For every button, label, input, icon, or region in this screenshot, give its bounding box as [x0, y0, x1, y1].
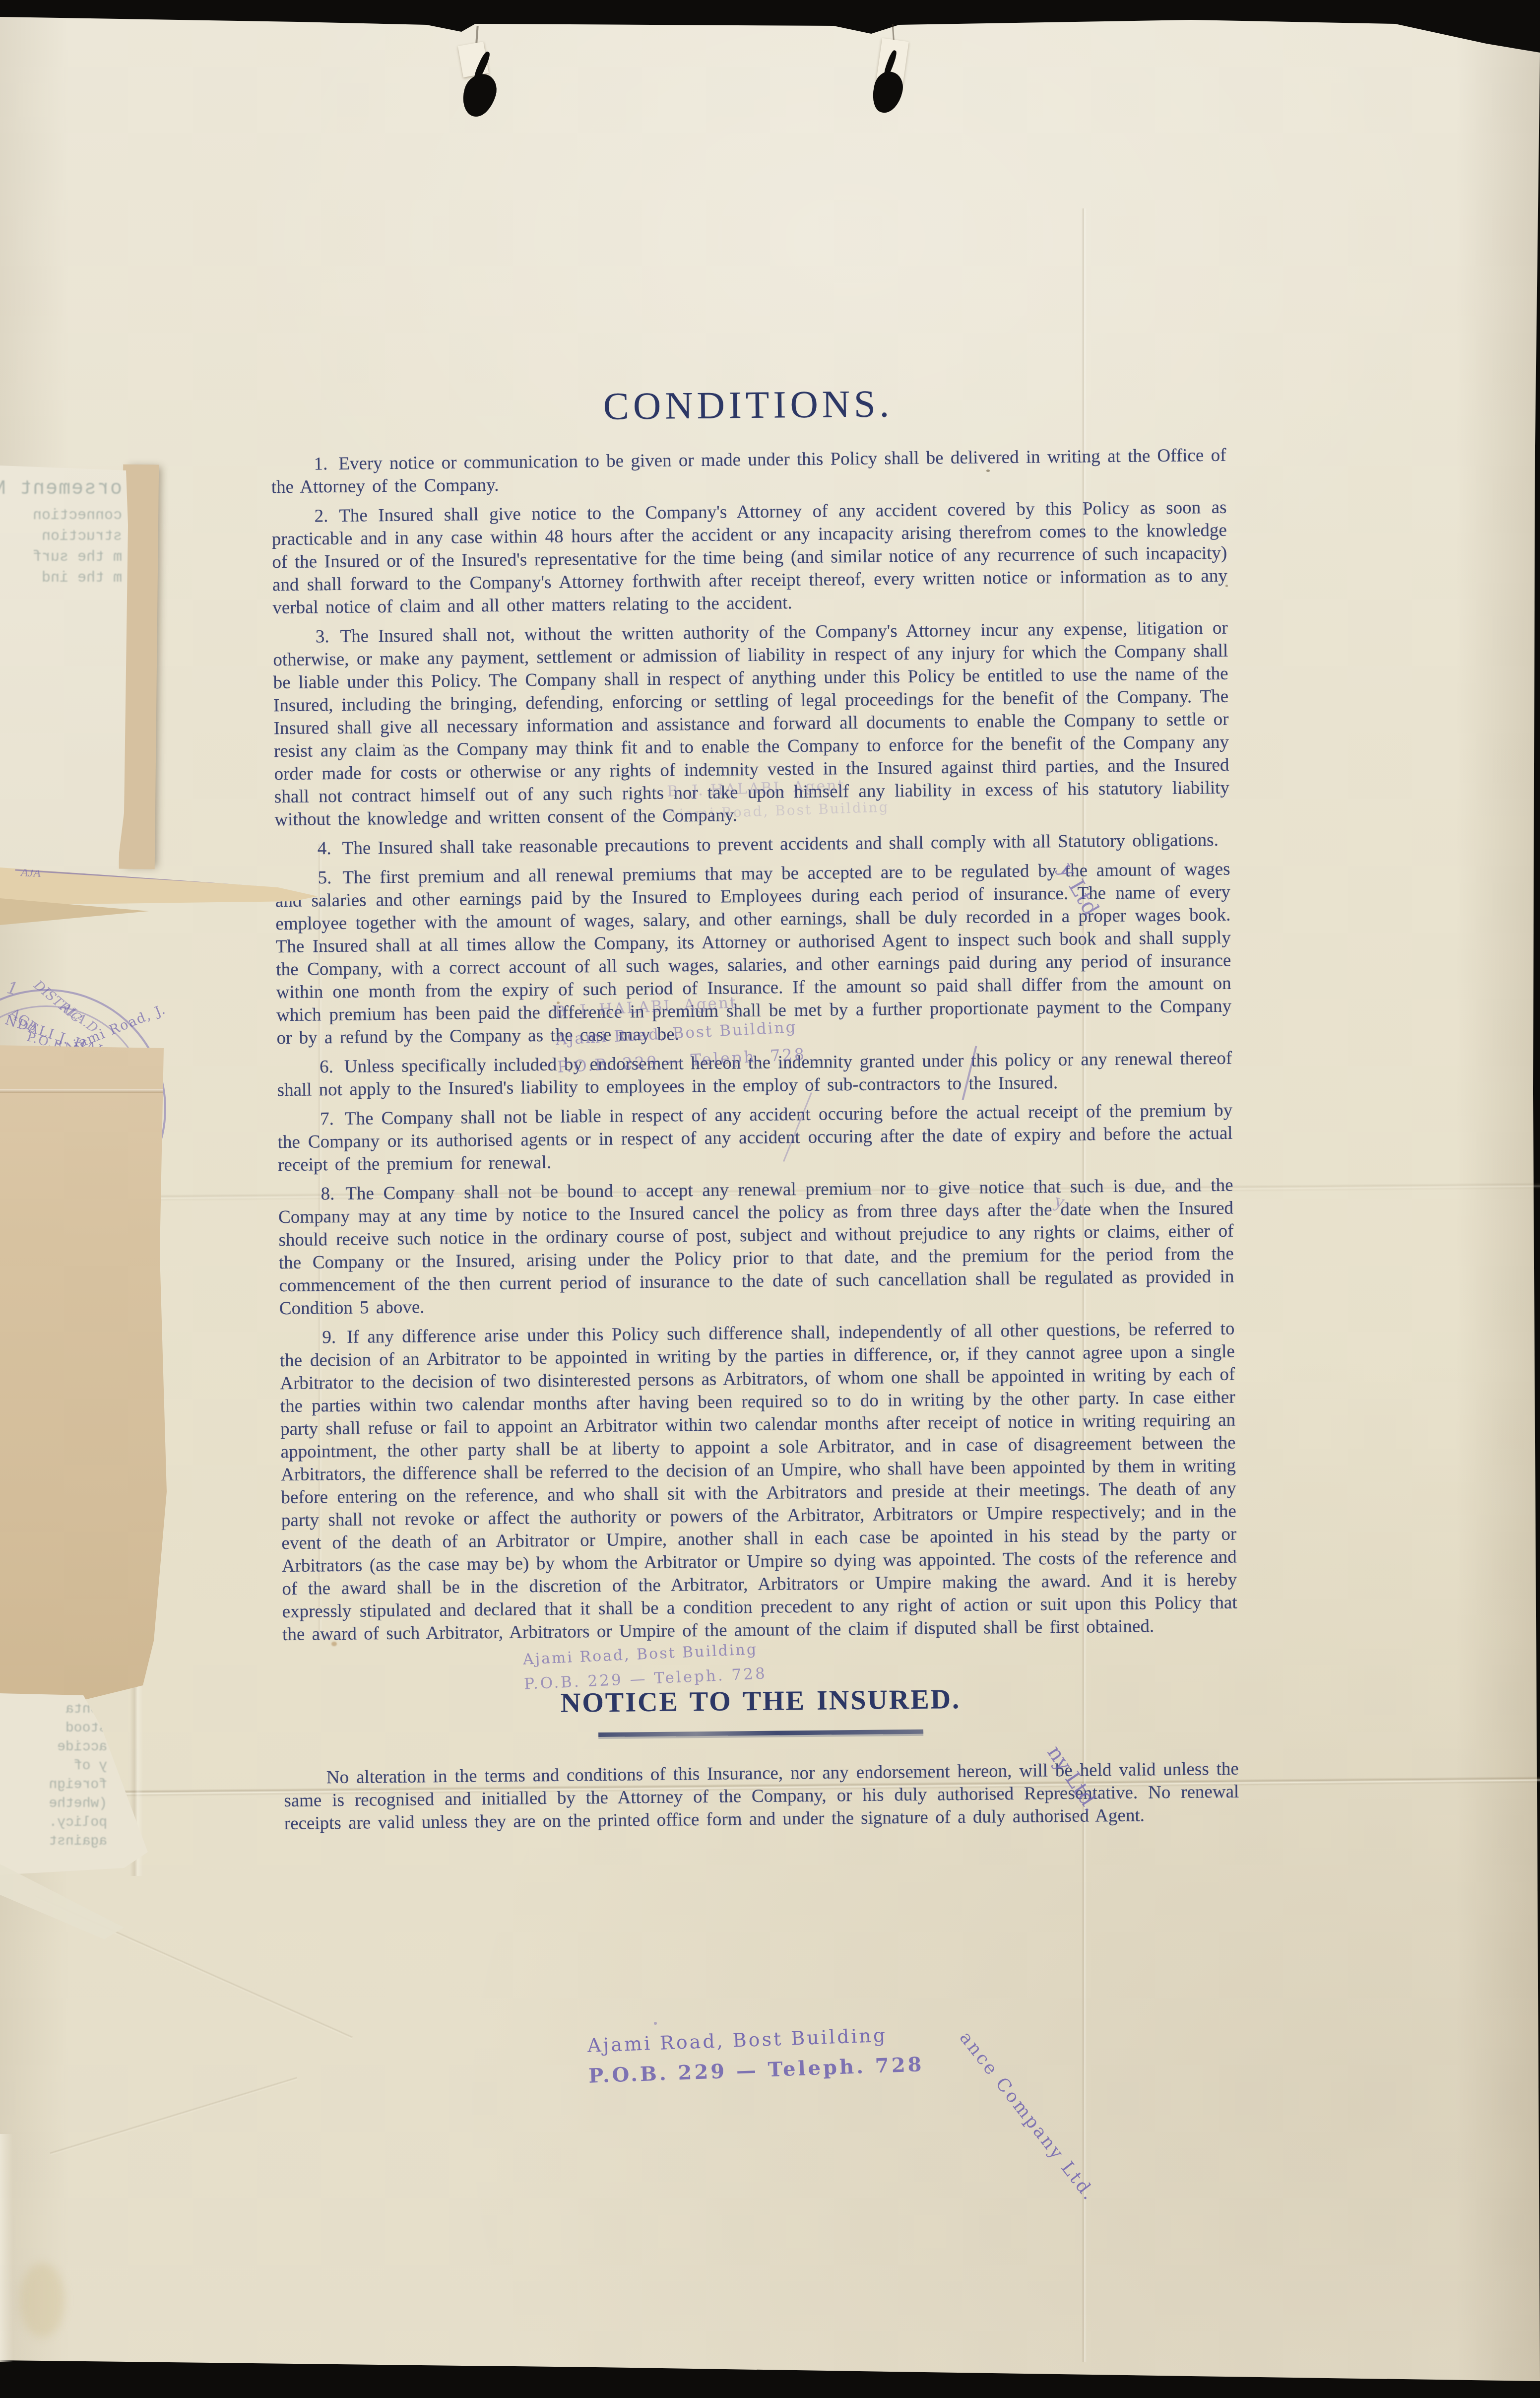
- mirrored-text-line: stood: [3, 1719, 107, 1738]
- condition-text: If any difference arise under this Polic…: [280, 1319, 1237, 1645]
- paper-speck: [403, 744, 405, 746]
- scanned-document-photo: CONDITIONS. 1.Every notice or communicat…: [0, 0, 1540, 2398]
- condition-number: 3.: [316, 626, 340, 647]
- condition-number: 7.: [320, 1109, 345, 1129]
- paper-speck: [986, 469, 990, 472]
- punch-hole: [458, 70, 501, 121]
- notice-heading-underline: [598, 1730, 923, 1737]
- mirrored-text-line: orsement N: [4, 473, 122, 505]
- condition-paragraph-8: 8.The Company shall not be bound to acce…: [278, 1174, 1234, 1320]
- mirrored-text-line: policy.: [3, 1813, 107, 1832]
- condition-paragraph-9: 9.If any difference arise under this Pol…: [279, 1318, 1237, 1646]
- condition-number: 2.: [314, 506, 339, 526]
- paper-stain: [20, 2263, 64, 2337]
- condition-paragraph-7: 7.The Company shall not be liable in res…: [277, 1099, 1233, 1177]
- mirrored-text-line: accide: [3, 1738, 107, 1757]
- condition-number: 6.: [320, 1057, 344, 1077]
- condition-text: The Insured shall give notice to the Com…: [272, 497, 1227, 618]
- mirrored-text-line: connection: [4, 505, 122, 526]
- condition-number: 1.: [314, 454, 338, 474]
- condition-text: The Company shall not be bound to accept…: [278, 1175, 1234, 1319]
- mirrored-text-line: y of: [3, 1757, 107, 1776]
- mirrored-text-line: m the ind: [4, 568, 122, 589]
- notice-heading: NOTICE TO THE INSURED.: [283, 1681, 1238, 1722]
- paper-speck: [557, 1001, 560, 1004]
- punch-hole-left: [447, 20, 516, 129]
- punch-hole-right: [858, 20, 928, 129]
- condition-number: 5.: [318, 867, 342, 888]
- fold-line: [0, 1089, 171, 1093]
- address-stamp-line1: Ajami Road, Bost Building: [555, 1018, 805, 1049]
- paper-edge-strip: [0, 2134, 13, 2362]
- agent-stamp-faint: B. J. HALABI, Agent Ajami Road, Bost Bui…: [667, 775, 890, 823]
- condition-number: 9.: [322, 1327, 347, 1347]
- condition-text: The Company shall not be liable in respe…: [277, 1100, 1232, 1175]
- mirrored-text-line: m the surf: [4, 547, 122, 568]
- tan-paper-block: [0, 1045, 171, 1708]
- paper-speck: [654, 2022, 657, 2025]
- mirrored-text-line: (whethe: [3, 1795, 107, 1813]
- address-stamp-middle-1: B. J. HALABI, Agent Ajami Road, Bost Bui…: [554, 990, 807, 1076]
- condition-text: The Insured shall take reasonable precau…: [342, 830, 1219, 859]
- paper-speck: [1225, 585, 1228, 587]
- condition-number: 8.: [321, 1184, 345, 1204]
- condition-paragraph-4: 4.The Insured shall take reasonable prec…: [275, 829, 1230, 861]
- mirrored-text-line: foreign: [3, 1776, 107, 1795]
- mirrored-typed-text: conta stood accide y of foreign (whethe …: [3, 1700, 107, 1851]
- condition-paragraph-2: 2.The Insured shall give notice to the C…: [271, 496, 1227, 619]
- paper-stain: [331, 1642, 337, 1646]
- condition-paragraph-1: 1.Every notice or communication to be gi…: [271, 444, 1226, 499]
- mirrored-typed-text: orsement N connection struction m the su…: [4, 473, 122, 589]
- mirrored-text-line: struction: [4, 526, 122, 547]
- condition-text: Every notice or communication to be give…: [271, 445, 1226, 497]
- condition-number: 4.: [318, 838, 342, 859]
- document-body: CONDITIONS. 1.Every notice or communicat…: [270, 379, 1239, 1835]
- mirrored-text-line: against: [3, 1832, 107, 1851]
- document-title: CONDITIONS.: [270, 379, 1226, 431]
